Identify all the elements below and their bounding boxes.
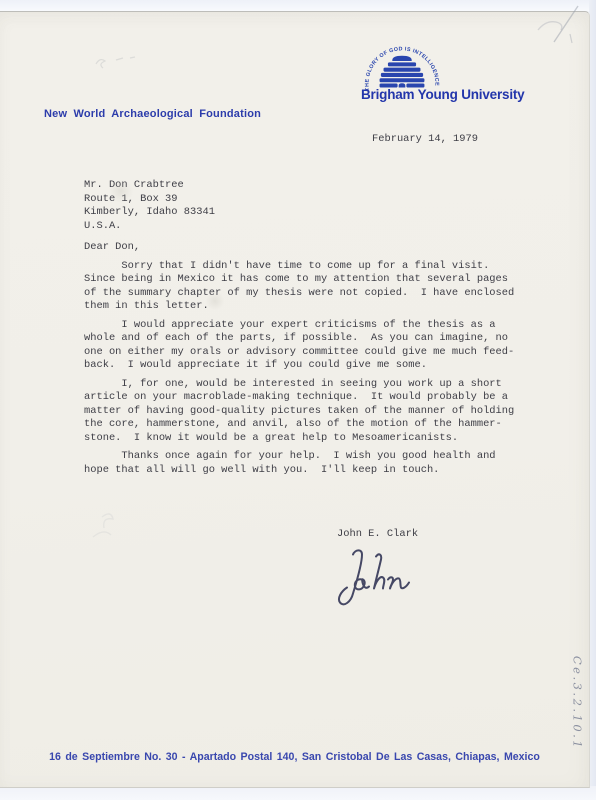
scan-edge-right — [589, 0, 596, 800]
scan-edge-bottom — [0, 786, 596, 800]
letter-body: Dear Don, Sorry that I didn't have time … — [84, 241, 534, 482]
paragraph: I would appreciate your expert criticism… — [84, 319, 534, 373]
paper-smudge — [205, 292, 225, 310]
letter-date: February 14, 1979 — [372, 133, 478, 147]
beehive-shape — [380, 56, 425, 88]
paragraph: I, for one, would be interested in seein… — [84, 378, 534, 446]
catalog-number-annotation: Ce.3.2.10.1 — [571, 626, 585, 781]
letter-paper: THE GLORY OF GOD IS INTELLIGENCE Brigham… — [0, 11, 590, 788]
paper-smudge — [108, 180, 134, 202]
university-wordmark: Brigham Young University — [361, 87, 524, 102]
scan-edge-top — [0, 0, 596, 11]
typed-signature-name: John E. Clark — [337, 528, 418, 542]
recipient-address: Mr. Don Crabtree Route 1, Box 39 Kimberl… — [84, 179, 215, 233]
handwritten-signature — [326, 545, 421, 613]
paragraph: Thanks once again for your help. I wish … — [84, 450, 534, 477]
salutation: Dear Don, — [84, 241, 534, 255]
pencil-mark-top-right — [530, 0, 594, 48]
foundation-name: New World Archaeological Foundation — [44, 108, 261, 120]
pencil-mark-top-left — [86, 50, 150, 76]
scanned-letter: THE GLORY OF GOD IS INTELLIGENCE Brigham… — [0, 0, 596, 800]
pencil-smudge-left — [84, 505, 128, 555]
paragraph: Sorry that I didn't have time to come up… — [84, 260, 534, 314]
letterhead-footer-address: 16 de Septiembre No. 30 - Apartado Posta… — [0, 751, 589, 763]
